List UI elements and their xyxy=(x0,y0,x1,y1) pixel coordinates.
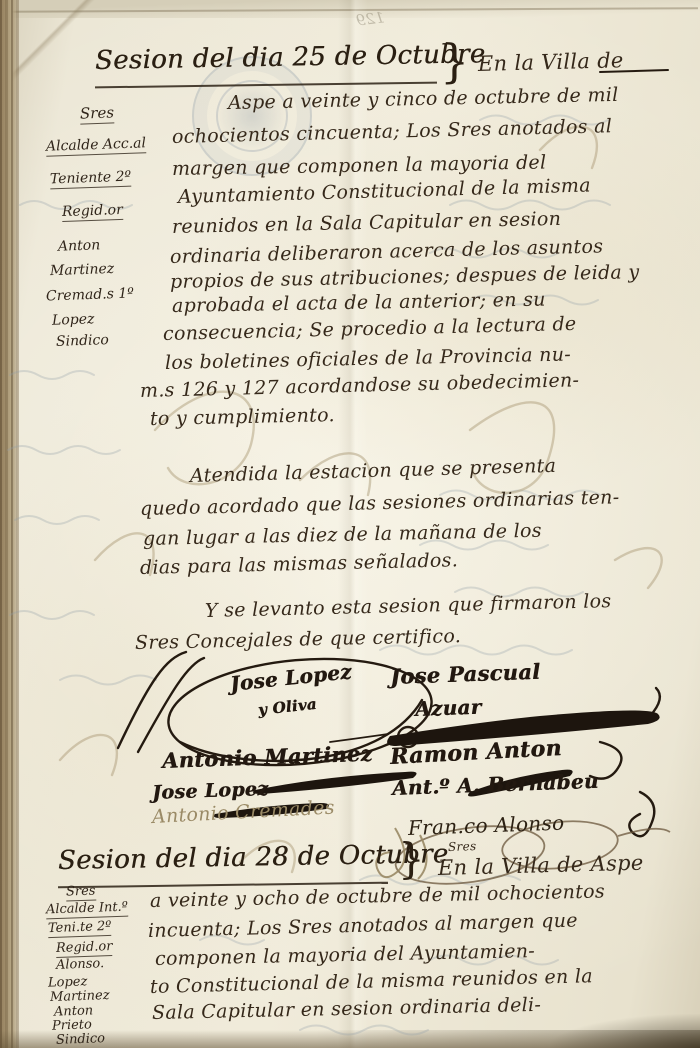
body-line: to Constitucional de la misma reunidos e… xyxy=(150,965,593,998)
margin-entry: Regid.or xyxy=(62,202,123,222)
margin-entry: Martinez xyxy=(50,988,110,1005)
body-line: Sres Concejales de que certifico. xyxy=(135,625,462,654)
signature: Ramon Anton xyxy=(389,735,562,770)
manuscript-page: 129 xyxy=(0,0,700,1048)
signature: Ant.º A. Bernabeu xyxy=(392,769,599,800)
body-line: reunidos en la Sala Capitular en sesion xyxy=(172,208,562,238)
body-line: aprobada el acta de la anterior; en su xyxy=(172,288,546,317)
body-line: los boletines oficiales de la Provincia … xyxy=(165,343,571,373)
margin-entry: Anton xyxy=(58,237,101,254)
body-line: gan lugar a las diez de la mañana de los xyxy=(143,520,542,550)
bottom-right-shadow xyxy=(550,1014,700,1048)
margin-entry: Lopez xyxy=(52,311,95,328)
body-line: Ayuntamiento Constitucional de la misma xyxy=(178,174,591,208)
margin-entry: Regid.or xyxy=(56,939,113,958)
margin-entry: Sres xyxy=(80,103,115,124)
body-line: to y cumplimiento. xyxy=(150,404,335,430)
body-line: Y se levanto esta sesion que firmaron lo… xyxy=(205,590,612,622)
body-line: quedo acordado que las sesiones ordinari… xyxy=(140,486,620,520)
margin-entry: Teni.te 2º xyxy=(48,919,112,938)
session1-opening: En la Villa de xyxy=(478,48,624,76)
margin-entry: Sindico xyxy=(56,1031,106,1048)
margin-entry: Alonso. xyxy=(56,956,105,973)
signature: Jose Lopez xyxy=(229,659,353,696)
signature: y Oliva xyxy=(257,695,317,719)
session2-opening-note: Sres xyxy=(448,839,477,854)
body-line: Atendida la estacion que se presenta xyxy=(190,455,557,487)
body-line: consecuencia; Se procedio a la lectura d… xyxy=(163,313,577,345)
body-line: Sala Capitular en sesion ordinaria deli- xyxy=(152,994,542,1024)
session2-brace: } xyxy=(398,838,425,880)
margin-entry: Sindico xyxy=(56,332,109,350)
body-line: componen la mayoria del Ayuntamien- xyxy=(155,940,535,970)
binding-edge xyxy=(0,0,19,1048)
signature: Azuar xyxy=(415,695,482,721)
margin-entry: Sres xyxy=(66,883,96,901)
session1-heading: Sesion del dia 25 de Octubre xyxy=(95,39,486,76)
session2-heading: Sesion del dia 28 de Octubre xyxy=(58,839,449,876)
margin-entry: Cremad.s 1º xyxy=(46,285,134,304)
signature: Jose Pascual xyxy=(390,659,541,689)
margin-entry: Alcalde Acc.al xyxy=(46,135,147,156)
session1-brace: } xyxy=(440,38,469,84)
body-line: dias para las mismas señalados. xyxy=(140,549,459,579)
margin-entry: Martinez xyxy=(50,261,115,279)
session2-opening: En la Villa de Aspe xyxy=(438,851,644,880)
bleed-through-page-number: 129 xyxy=(355,8,386,29)
signature: Fran.co Alonso xyxy=(408,811,565,840)
margin-entry: Teniente 2º xyxy=(50,169,132,190)
margin-entry: Alcalde Int.º xyxy=(46,900,128,920)
